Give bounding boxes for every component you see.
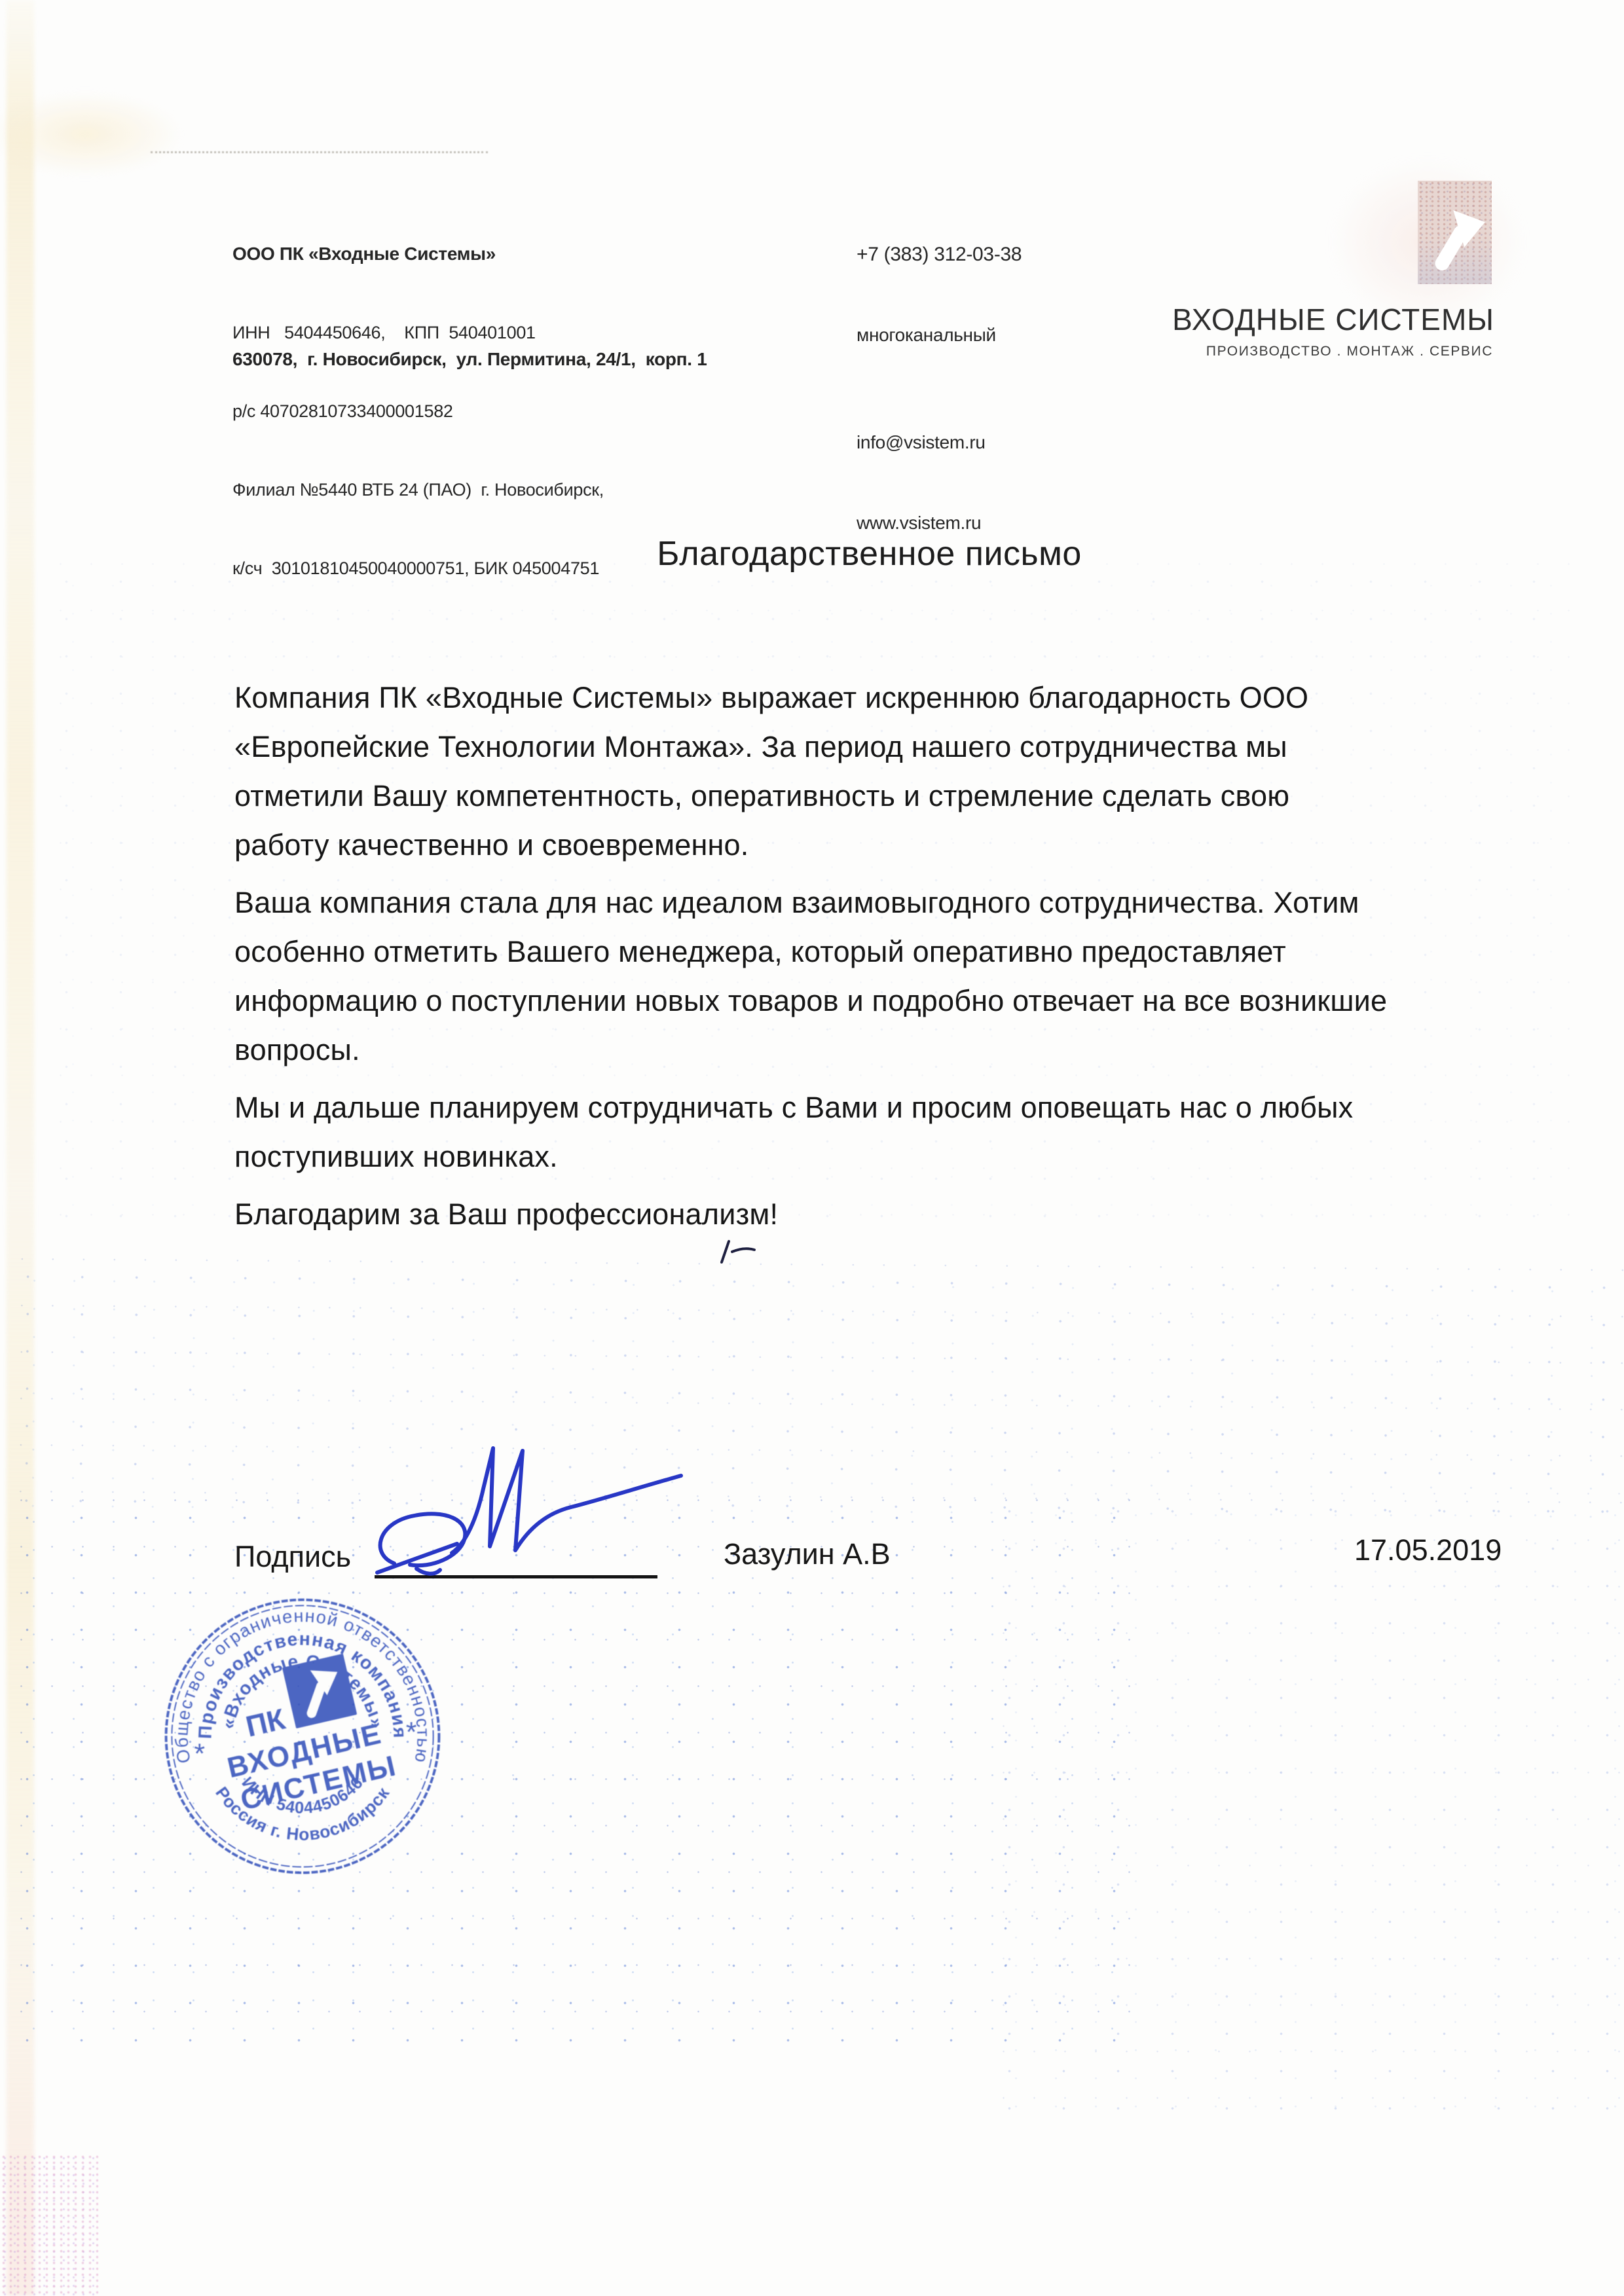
letter-date: 17.05.2019 bbox=[1354, 1533, 1502, 1567]
paragraph: Ваша компания стала для нас идеалом взаи… bbox=[234, 878, 1538, 1074]
paragraph: Благодарим за Ваш профессионализм! bbox=[234, 1190, 1538, 1239]
company-bank-branch: Филиал №5440 ВТБ 24 (ПАО) г. Новосибирск… bbox=[232, 477, 604, 503]
brand-name: ВХОДНЫЕ СИСТЕМЫ bbox=[1036, 302, 1494, 337]
scan-noise bbox=[982, 1493, 1624, 2115]
company-stamp: Общество с ограниченной ответственностью… bbox=[156, 1590, 449, 1883]
company-account: р/с 40702810733400001582 bbox=[232, 398, 604, 424]
stamp-pk: ПК bbox=[243, 1702, 289, 1743]
signature-scribble bbox=[354, 1440, 733, 1597]
contact-block: +7 (383) 312-03-38 многоканальный info@v… bbox=[857, 187, 1022, 590]
scan-noise bbox=[0, 1258, 1624, 1518]
paragraph: Компания ПК «Входные Системы» выражает и… bbox=[234, 673, 1538, 869]
paragraph: Мы и дальше планируем сотрудничать с Вам… bbox=[234, 1083, 1538, 1181]
letter-title: Благодарственное письмо bbox=[236, 534, 1503, 574]
letter-body: Компания ПК «Входные Системы» выражает и… bbox=[234, 673, 1538, 1247]
signatory-name: Зазулин А.В bbox=[724, 1537, 891, 1571]
phone-note: многоканальный bbox=[857, 321, 1022, 348]
company-address: 630078, г. Новосибирск, ул. Пермитина, 2… bbox=[232, 349, 707, 370]
stamp-star-left: * bbox=[194, 1738, 205, 1770]
phone-number: +7 (383) 312-03-38 bbox=[857, 241, 1022, 268]
brand-tagline: ПРОИЗВОДСТВО . МОНТАЖ . СЕРВИС bbox=[1035, 344, 1493, 359]
scanned-letter-page: ООО ПК «Входные Системы» ИНН 5404450646,… bbox=[0, 0, 1624, 2296]
signature-label: Подпись bbox=[234, 1540, 351, 1574]
scan-stain bbox=[0, 92, 183, 177]
email-address: info@vsistem.ru bbox=[857, 429, 1022, 456]
arrow-up-icon bbox=[1418, 181, 1492, 284]
company-inn-kpp: ИНН 5404450646, КПП 540401001 bbox=[232, 319, 604, 346]
scan-streak bbox=[151, 151, 488, 153]
company-logo bbox=[1418, 181, 1492, 284]
website-address: www.vsistem.ru bbox=[857, 509, 1022, 536]
stamp-star-right: * bbox=[406, 1717, 417, 1748]
scan-noise bbox=[0, 2154, 98, 2296]
pen-mark bbox=[712, 1237, 758, 1267]
scan-edge-tint bbox=[7, 0, 34, 2296]
company-name: ООО ПК «Входные Системы» bbox=[232, 241, 604, 267]
